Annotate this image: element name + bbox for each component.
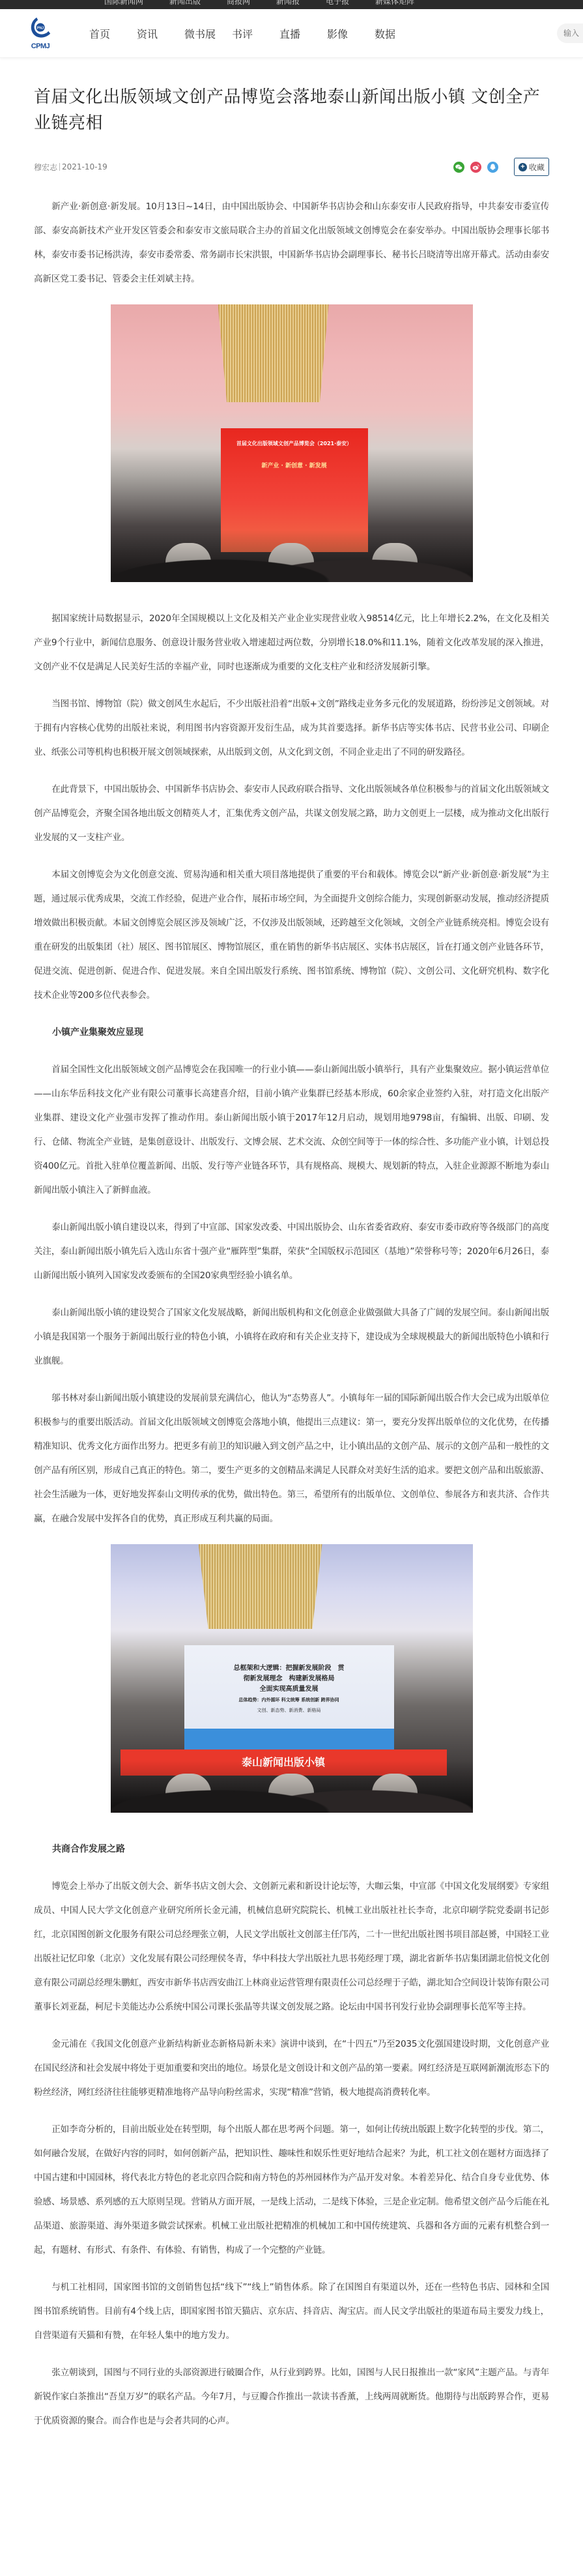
article-title: 首届文化出版领域文创产品博览会落地泰山新闻出版小镇 文创全产业链亮相 xyxy=(34,84,549,136)
paragraph: 新产业·新创意·新发展。10月13日~14日，由中国出版协会、中国新华书店协会和… xyxy=(34,195,549,291)
top-link[interactable]: 商报网 xyxy=(227,0,250,3)
favorite-label: 收藏 xyxy=(529,162,545,173)
paragraph: 正如李奇分析的，目前出版业处在转型期，每个出版人都在思考两个问题。第一，如何让传… xyxy=(34,2118,549,2262)
photo-expo-opening: 首届文化出版领域文创产品博览会（2021·泰安） 新产业 · 新创意 · 新发展 xyxy=(111,304,473,582)
author-name: 穆宏志 xyxy=(34,162,57,173)
section-heading: 共商合作发展之路 xyxy=(34,1837,549,1862)
plus-circle-icon: + xyxy=(519,163,527,171)
article-meta: 穆宏志 2021-10-19 + 收藏 xyxy=(34,157,549,177)
site-logo[interactable]: PNJ CPMJ xyxy=(21,12,60,54)
primary-nav: 首页 资讯 微书展 书评 直播 影像 数据 xyxy=(86,26,419,41)
screen-line: 全面实现高质量发展 xyxy=(184,1684,394,1695)
wechat-icon[interactable] xyxy=(453,162,464,173)
paragraph: 据国家统计局数据显示，2020年全国规模以上文化及相关产业企业实现营业收入985… xyxy=(34,607,549,679)
paragraph: 博览会上举办了出版文创大会、新华书店文创大会、文创新元素和新设计论坛等，大咖云集… xyxy=(34,1875,549,2019)
nav-item-book-review[interactable]: 书评 xyxy=(229,26,276,41)
search-input[interactable] xyxy=(557,23,583,43)
nav-item-data[interactable]: 数据 xyxy=(371,26,419,41)
qq-icon[interactable] xyxy=(487,162,498,173)
paragraph: 当图书馆、博物馆（院）做文创风生水起后，不少出版社沿着“出版+文创”路线走业务多… xyxy=(34,692,549,765)
paragraph: 张立朝谈到，国图与不同行业的头部资源进行破圈合作，从行业到跨界。比如，国图与人民… xyxy=(34,2361,549,2433)
top-link[interactable]: 电子报 xyxy=(326,0,349,3)
logo-text: CPMJ xyxy=(31,42,50,50)
main-navbar: PNJ CPMJ 首页 资讯 微书展 书评 直播 影像 数据 xyxy=(0,9,583,58)
screen-title: 首届文化出版领域文创产品博览会（2021·泰安） xyxy=(221,440,368,447)
nav-item-news[interactable]: 资讯 xyxy=(134,26,181,41)
svg-text:PNJ: PNJ xyxy=(37,26,44,30)
screen-line: 总体趋势：内外循环 科文统筹 系统创新 跨界协同 xyxy=(184,1695,394,1705)
nav-item-live[interactable]: 直播 xyxy=(276,26,324,41)
paragraph: 首届全国性文化出版领域文创产品博览会在我国唯一的行业小镇——泰山新闻出版小镇举行… xyxy=(34,1058,549,1203)
top-bar-links: 国际新闻网 新闻出版 商报网 新闻报 电子报 新媒体矩阵 xyxy=(0,0,583,3)
top-bar: 国际新闻网 新闻出版 商报网 新闻报 电子报 新媒体矩阵 xyxy=(0,0,583,9)
favorite-button[interactable]: + 收藏 xyxy=(514,158,549,176)
figure-expo-opening: 首届文化出版领域文创产品博览会（2021·泰安） 新产业 · 新创意 · 新发展 xyxy=(34,304,549,582)
paragraph: 本届文创博览会为文化创意交流、贸易沟通和相关重大项目落地提供了重要的平台和载体。… xyxy=(34,863,549,1008)
top-link[interactable]: 新闻出版 xyxy=(169,0,201,3)
audience-silhouettes xyxy=(111,530,473,582)
article-body: 新产业·新创意·新发展。10月13日~14日，由中国出版协会、中国新华书店协会和… xyxy=(34,195,549,2433)
screen-line: 总框架和大逻辑：把握新发展阶段 贯 xyxy=(184,1663,394,1674)
paragraph: 与机工社相同，国家图书馆的文创销售包括“线下”“线上”销售体系。除了在国图自有渠… xyxy=(34,2276,549,2348)
top-link[interactable]: 新闻报 xyxy=(276,0,300,3)
nav-item-micro-book-fair[interactable]: 微书展 xyxy=(181,26,229,41)
screen-subtitle: 新产业 · 新创意 · 新发展 xyxy=(221,461,368,469)
nav-item-home[interactable]: 首页 xyxy=(86,26,134,41)
screen-line: 文创、新态势、新消费、新格局 xyxy=(184,1705,394,1716)
top-link[interactable]: 国际新闻网 xyxy=(104,0,143,3)
audience-silhouettes xyxy=(111,1761,473,1813)
paragraph: 在此背景下，中国出版协会、中国新华书店协会、泰安市人民政府联合指导、文化出版领域… xyxy=(34,778,549,850)
paragraph: 泰山新闻出版小镇自建设以来，得到了中宣部、国家发改委、中国出版协会、山东省委省政… xyxy=(34,1216,549,1288)
figure-forum-speech: 总框架和大逻辑：把握新发展阶段 贯 彻新发展理念 构建新发展格局 全面实现高质量… xyxy=(34,1544,549,1813)
paragraph: 邬书林对泰山新闻出版小镇建设的发展前景充满信心，他认为“态势喜人”。小镇每年一届… xyxy=(34,1386,549,1531)
photo-forum-speech: 总框架和大逻辑：把握新发展阶段 贯 彻新发展理念 构建新发展格局 全面实现高质量… xyxy=(111,1544,473,1813)
publish-date: 2021-10-19 xyxy=(62,162,107,171)
nav-item-images[interactable]: 影像 xyxy=(324,26,371,41)
section-heading: 小镇产业集聚效应显现 xyxy=(34,1021,549,1045)
screen-line: 彻新发展理念 构建新发展格局 xyxy=(184,1674,394,1684)
paragraph: 金元浦在《我国文化创意产业新结构新业态新格局新未来》演讲中谈到，在“十四五”乃至… xyxy=(34,2032,549,2105)
chandelier-graphic xyxy=(199,1544,322,1629)
logo-icon: PNJ xyxy=(28,16,53,41)
share-bar: + 收藏 xyxy=(453,158,549,176)
article: 首届文化出版领域文创产品博览会落地泰山新闻出版小镇 文创全产业链亮相 穆宏志 2… xyxy=(0,84,583,2433)
meta-divider xyxy=(59,163,60,171)
paragraph: 泰山新闻出版小镇的建设契合了国家文化发展战略，新闻出版机构和文化创意企业做强做大… xyxy=(34,1301,549,1373)
weibo-icon[interactable] xyxy=(470,162,481,173)
top-link[interactable]: 新媒体矩阵 xyxy=(375,0,414,3)
chandelier-graphic xyxy=(218,304,329,402)
presentation-screen: 总框架和大逻辑：把握新发展阶段 贯 彻新发展理念 构建新发展格局 全面实现高质量… xyxy=(184,1645,394,1749)
